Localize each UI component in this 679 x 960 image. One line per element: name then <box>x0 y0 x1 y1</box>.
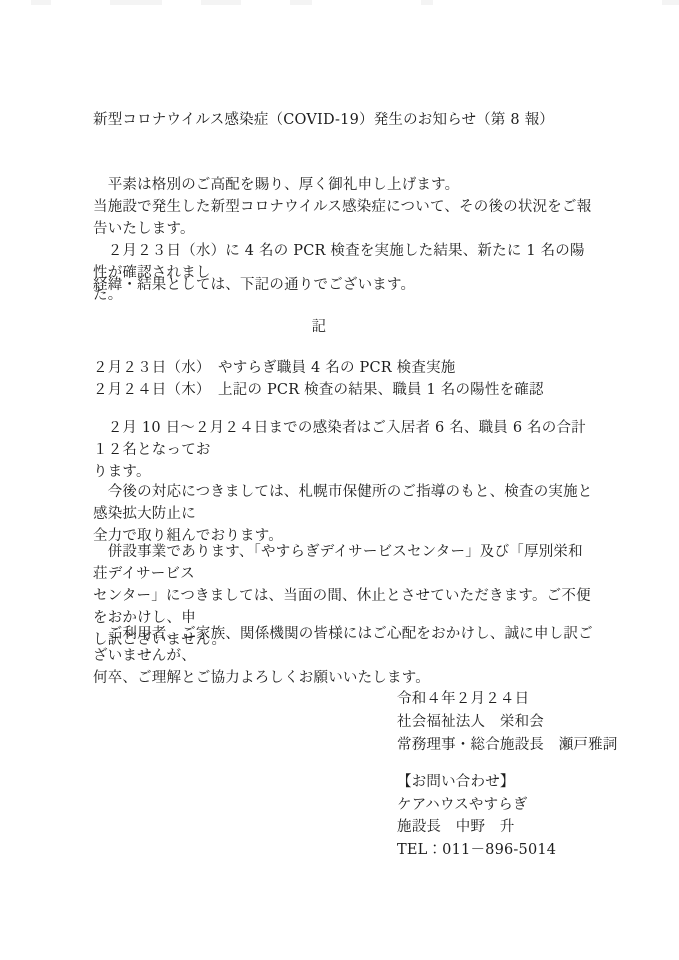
document-page: 新型コロナウイルス感染症（COVID-19）発生のお知らせ（第 8 報） 平素は… <box>0 0 679 960</box>
ki-marker: 記 <box>93 316 545 338</box>
signature-organization: 社会福祉法人 栄和会 <box>397 711 618 734</box>
scan-artifact <box>201 0 241 5</box>
contact-facility: ケアハウスやすらぎ <box>397 794 556 817</box>
contact-person: 施設長 中野 升 <box>397 816 556 839</box>
scan-artifact <box>662 0 679 5</box>
contact-tel: TEL：011－896-5014 <box>397 839 556 862</box>
timeline-paragraph: ２月２３日（水） やすらぎ職員 4 名の PCR 検査実施 ２月２４日（木） 上… <box>93 357 593 401</box>
infection-summary-paragraph: ２月 10 日～２月２４日までの感染者はご入居者 6 名、職員 6 名の合計１２… <box>93 417 593 483</box>
scan-artifact <box>421 0 433 5</box>
scan-artifact <box>290 0 312 5</box>
document-title: 新型コロナウイルス感染症（COVID-19）発生のお知らせ（第 8 報） <box>93 109 545 131</box>
lead-paragraph: 経緯・結果としては、下記の通りでございます。 <box>93 274 593 296</box>
contact-block: 【お問い合わせ】 ケアハウスやすらぎ 施設長 中野 升 TEL：011－896-… <box>397 771 556 861</box>
contact-heading: 【お問い合わせ】 <box>397 771 556 794</box>
scan-artifact <box>110 0 162 5</box>
signature-signer: 常務理事・総合施設長 瀬戸雅詞 <box>397 734 618 757</box>
signature-block: 令和４年２月２４日 社会福祉法人 栄和会 常務理事・総合施設長 瀬戸雅詞 <box>397 688 618 757</box>
signature-date: 令和４年２月２４日 <box>397 688 618 711</box>
apology-paragraph: ご利用者、ご家族、関係機関の皆様にはご心配をおかけし、誠に申し訳ございませんが、… <box>93 623 593 689</box>
response-paragraph: 今後の対応につきましては、札幌市保健所のご指導のもと、検査の実施と感染拡大防止に… <box>93 481 593 547</box>
scan-artifact <box>31 0 51 5</box>
